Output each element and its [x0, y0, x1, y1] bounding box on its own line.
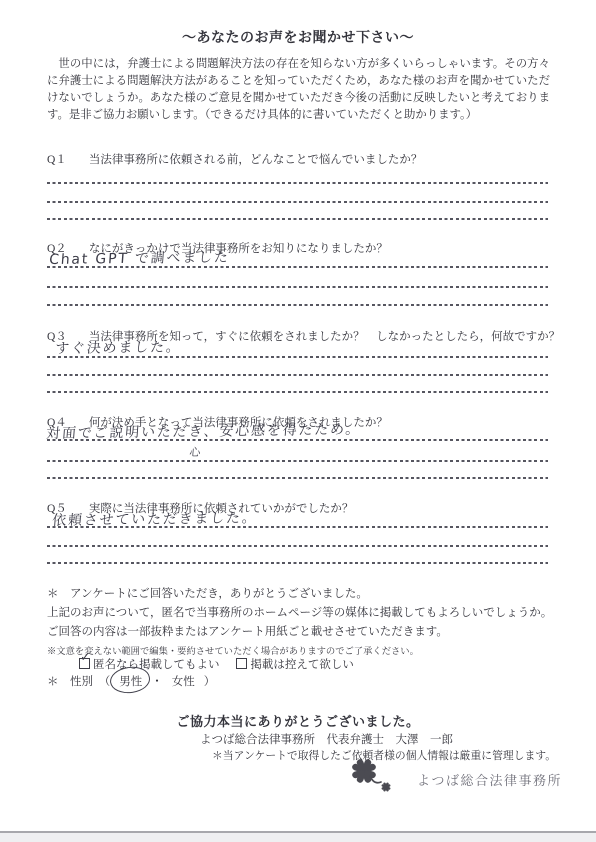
consent-option-anonymous-ok: ✓匿名なら掲載してもよい — [79, 656, 220, 672]
footer-thanks-message: ご協力本当にありがとうございました。 — [0, 711, 596, 730]
answer-line — [47, 526, 548, 528]
intro-paragraph: 世の中には，弁護士による問題解決方法の存在を知らない方が多くいらっしゃいます。そ… — [47, 56, 550, 124]
gender-suffix: ） — [204, 676, 216, 688]
answer-line — [47, 391, 548, 393]
question-text: 当法律事務所に依頼される前，どんなことで悩んでいましたか？ — [89, 154, 423, 166]
consent-option-label: 掲載は控えて欲しい — [250, 659, 354, 671]
checkbox-unchecked-icon — [236, 658, 247, 669]
answer-line — [47, 182, 548, 184]
question-1: Q１ 当法律事務所に依頼される前，どんなことで悩んでいましたか？ — [47, 151, 557, 167]
answer-line — [47, 218, 548, 220]
gender-option-male: 男性 — [119, 673, 142, 689]
firm-signature: よつば総合法律事務所 代表弁護士 大澤 一郎 — [200, 731, 453, 747]
gender-option-female: 女性 — [172, 676, 195, 688]
consent-option-no-publish: 掲載は控えて欲しい — [236, 656, 354, 672]
answer-line — [47, 304, 548, 306]
page-title: ～あなたのお声をお聞かせ下さい～ — [0, 27, 596, 47]
answer-line — [47, 477, 548, 479]
edit-note: ※文意を変えない範囲で編集・要約させていただく場合がありますのでご了承ください。 — [47, 643, 419, 657]
gender-separator: ・ — [151, 676, 163, 688]
checkbox-checked-icon: ✓ — [79, 658, 90, 669]
clover-logo-icon — [350, 757, 398, 793]
answer-line — [47, 374, 548, 376]
answer-line — [47, 266, 548, 268]
publish-ask-note: 上記のお声について，匿名で当事務所のホームページ等の媒体に掲載してもよろしいでし… — [47, 604, 552, 620]
question-number: Q１ — [47, 151, 86, 167]
answer-line — [47, 439, 548, 441]
gender-row: ＊ 性別 （男性・女性） — [47, 673, 224, 689]
handwritten-answer-q3: すぐ決めました。 — [55, 336, 183, 358]
firm-name-logo-text: よつば総合法律事務所 — [417, 770, 562, 789]
check-mark-icon: ✓ — [80, 650, 91, 665]
scan-edge-area — [0, 833, 596, 842]
gender-prefix: ＊ 性別 （ — [47, 676, 110, 688]
closing-thanks-note: ＊ アンケートにご回答いただき，ありがとうございました。 — [47, 585, 368, 601]
handwritten-correction-q4: 心 — [189, 444, 201, 460]
answer-line — [47, 460, 548, 462]
answer-line — [47, 545, 548, 547]
answer-line — [47, 356, 548, 358]
answer-line — [47, 286, 548, 288]
publish-detail-note: ご回答の内容は一部抜粋またはアンケート用紙ごと載せさせていただきます。 — [47, 623, 448, 639]
answer-line — [47, 201, 548, 203]
consent-option-label: 匿名なら掲載してもよい — [93, 659, 220, 671]
answer-line — [47, 562, 548, 564]
